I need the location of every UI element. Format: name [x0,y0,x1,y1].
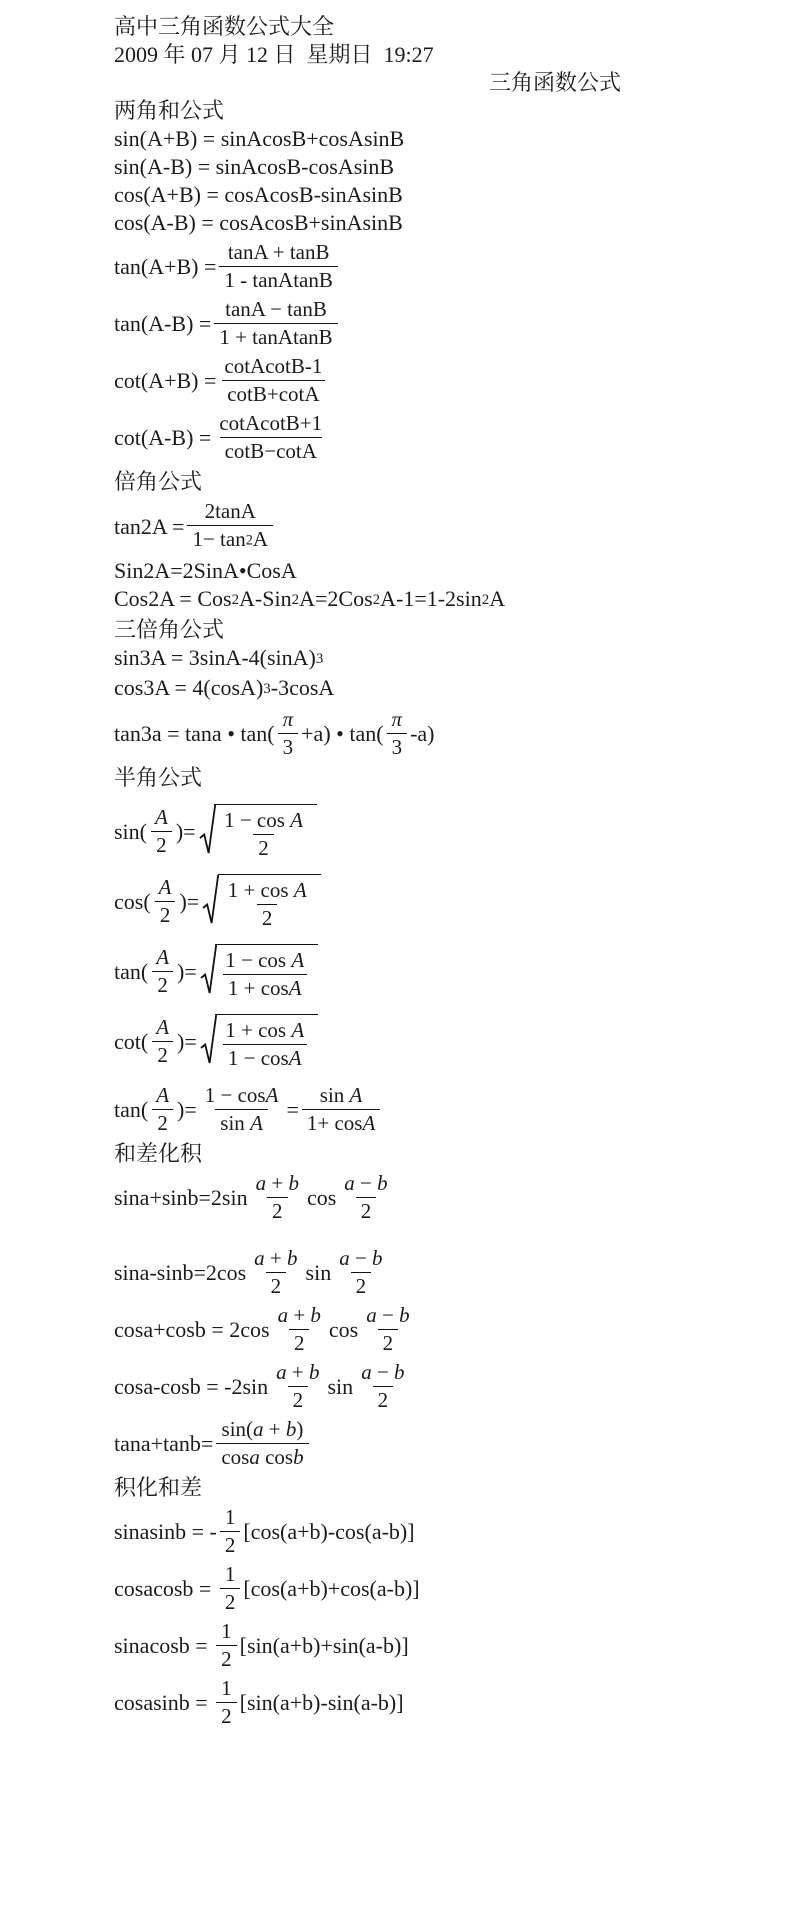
text-run: cos3A = 4(cosA)3-3cosA [114,675,334,700]
fraction-numerator: sin A [315,1084,368,1109]
text-run: tan(A-B) = [114,311,211,336]
italic-variable: b [287,1246,298,1270]
text-run: 两角和公式 [114,98,224,123]
fraction: A2 [151,946,174,997]
fraction-denominator: 2 [378,1329,399,1355]
text-run: sin [328,1374,354,1399]
italic-variable: b [377,1171,388,1195]
text-line: 高中三角函数公式大全 [114,14,772,39]
formula-line: sina-sinb=2cosa + b2sina − b2 [114,1247,772,1298]
italic-variable: a [256,1171,267,1195]
text-line: 三角函数公式 [489,70,772,95]
fraction: A2 [154,876,177,927]
text-run: Sin2A=2SinA•CosA [114,558,297,583]
text-run: cos [329,1317,358,1342]
italic-variable: a [253,1417,264,1441]
fraction-numerator: π [278,708,299,733]
fraction: a + b2 [271,1361,324,1412]
formula-line: tana+tanb=sin(a + b)cosa cosb [114,1418,772,1469]
italic-variable: a [361,1360,372,1384]
text-run: cosasinb = [114,1690,213,1715]
text-run: )= [179,889,199,914]
italic-variable: A [250,1111,263,1135]
fraction-numerator: A [151,1084,174,1109]
text-run: cos [307,1185,336,1210]
fraction-numerator: tanA + tanB [223,241,335,266]
fraction-denominator: cosa cosb [216,1443,308,1469]
text-line: cos(A+B) = cosAcosB-sinAsinB [114,182,772,207]
fraction-denominator: 2 [356,1197,377,1223]
spacer [114,1229,772,1241]
section-heading: 倍角公式 [114,469,772,494]
text-line: cos(A-B) = cosAcosB+sinAsinB [114,210,772,235]
radicand: 1 − cos A2 [214,804,317,860]
fraction: 12 [216,1677,237,1728]
fraction-numerator: a + b [249,1247,302,1272]
fraction-numerator: tanA − tanB [220,298,332,323]
section-heading: 和差化积 [114,1141,772,1166]
text-run: 倍角公式 [114,469,202,494]
text-run: tan3a = tana • tan( [114,721,275,746]
formula-line: tan(A-B) =tanA − tanB1 + tanAtanB [114,298,772,349]
fraction-numerator: a + b [271,1361,324,1386]
text-run: cot(A-B) = [114,425,211,450]
fraction: tanA − tanB1 + tanAtanB [214,298,337,349]
fraction-numerator: A [150,806,173,831]
fraction-numerator: A [151,1016,174,1041]
text-run: -a) [410,721,434,746]
fraction: A2 [150,806,173,857]
fraction-denominator: 1 − cosA [223,1044,307,1070]
fraction-denominator: sin A [215,1109,268,1135]
fraction: tanA + tanB1 - tanAtanB [219,241,337,292]
text-run: )= [177,1029,197,1054]
italic-variable: A [291,948,304,972]
formula-line: sinacosb = 12[sin(a+b)+sin(a-b)] [114,1620,772,1671]
fraction-denominator: 2 [373,1386,394,1412]
italic-variable: a [254,1246,265,1270]
italic-variable: b [399,1303,410,1327]
fraction-denominator: 2 [216,1645,237,1671]
text-run: [cos(a+b)-cos(a-b)] [243,1519,414,1544]
italic-variable: A [266,1083,279,1107]
text-run: )= [177,1097,197,1122]
radical-sign-icon [200,1014,217,1066]
fraction-denominator: 2 [220,1531,241,1557]
italic-variable: A [294,878,307,902]
fraction-numerator: a − b [334,1247,387,1272]
text-run: Cos2A = Cos2A-Sin2A=2Cos2A-1=1-2sin2A [114,586,505,611]
text-run: cot( [114,1029,148,1054]
text-run: = [286,1097,298,1122]
text-run: cosa-cosb = -2sin [114,1374,268,1399]
fraction-denominator: cotB+cotA [222,380,324,406]
radical-sign-icon [200,944,217,996]
fraction: a + b2 [251,1172,304,1223]
text-run: 半角公式 [114,765,202,790]
fraction: 1 − cos A2 [219,809,308,860]
text-run: sin3A = 3sinA-4(sinA)3 [114,645,323,670]
formula-line: sin(A2)=1 − cos A2 [114,804,772,860]
italic-variable: b [288,1171,299,1195]
italic-variable: a [276,1360,287,1384]
text-run: 2009 年 07 月 12 日 星期日 19:27 [114,42,434,67]
fraction: a + b2 [249,1247,302,1298]
fraction-denominator: 2 [216,1702,237,1728]
formula-line: cot(A+B) =cotAcotB-1cotB+cotA [114,355,772,406]
italic-variable: π [283,707,294,731]
fraction-numerator: cotAcotB+1 [214,412,327,437]
text-run: )= [176,819,196,844]
formula-line: tan2A =2tanA1− tan2A [114,500,772,552]
radicand: 1 − cos A1 + cosA [215,944,318,1000]
section-heading: 积化和差 [114,1475,772,1500]
text-run: tan(A+B) = [114,254,216,279]
fraction-denominator: 2 [152,971,173,997]
text-run: cosacosb = [114,1576,217,1601]
formula-line: cos(A2)=1 + cos A2 [114,874,772,930]
radical-sign-icon [202,874,219,926]
fraction-numerator: A [151,946,174,971]
text-run: cos( [114,889,151,914]
text-run: [cos(a+b)+cos(a-b)] [243,1576,419,1601]
text-run: tan( [114,1097,148,1122]
fraction: 1 + cos A2 [223,879,312,930]
text-run: [sin(a+b)+sin(a-b)] [240,1633,409,1658]
fraction-denominator: 2 [267,1197,288,1223]
fraction-denominator: 1+ cosA [302,1109,380,1135]
formula-line: tan(A2)=1 − cos A1 + cosA [114,944,772,1000]
formula-line: cosa+cosb = 2cosa + b2cosa − b2 [114,1304,772,1355]
fraction: A2 [151,1084,174,1135]
fraction-numerator: 1 − cos A [219,809,308,834]
text-run: cos(A-B) = cosAcosB+sinAsinB [114,210,403,235]
text-run: sinacosb = [114,1633,213,1658]
italic-variable: A [156,1083,169,1107]
italic-variable: A [156,1015,169,1039]
square-root: 1 + cos A2 [202,874,320,930]
fraction-numerator: cotAcotB-1 [219,355,327,380]
exponent: 2 [373,593,380,609]
fraction-numerator: a − b [361,1304,414,1329]
exponent: 2 [232,593,239,609]
text-run: 和差化积 [114,1141,202,1166]
fraction-numerator: 1 − cosA [200,1084,284,1109]
text-run: sin(A+B) = sinAcosB+cosAsinB [114,126,404,151]
text-run: cot(A+B) = [114,368,216,393]
section-heading: 三倍角公式 [114,617,772,642]
fraction-denominator: 2 [266,1272,287,1298]
fraction-denominator: 1 + tanAtanB [214,323,337,349]
section-heading: 两角和公式 [114,98,772,123]
fraction: a − b2 [334,1247,387,1298]
fraction-denominator: 2 [351,1272,372,1298]
text-run: 高中三角函数公式大全 [114,14,334,39]
text-run: tan( [114,959,148,984]
text-line: Cos2A = Cos2A-Sin2A=2Cos2A-1=1-2sin2A [114,586,772,613]
text-run: 积化和差 [114,1475,202,1500]
fraction: cotAcotB+1cotB−cotA [214,412,327,463]
text-run: sina+sinb=2sin [114,1185,248,1210]
fraction: 2tanA1− tan2A [187,500,273,552]
fraction-denominator: 3 [278,733,299,759]
italic-variable: b [372,1246,383,1270]
text-line: 2009 年 07 月 12 日 星期日 19:27 [114,42,772,67]
fraction-numerator: 1 + cos A [223,879,312,904]
text-run: sina-sinb=2cos [114,1260,246,1285]
fraction: 12 [220,1506,241,1557]
fraction-denominator: 1 - tanAtanB [219,266,337,292]
fraction-denominator: 2 [289,1329,310,1355]
text-run: +a) • tan( [301,721,383,746]
text-line: cos3A = 4(cosA)3-3cosA [114,675,772,702]
fraction: a − b2 [361,1304,414,1355]
exponent: 2 [292,593,299,609]
fraction: π3 [387,708,408,759]
fraction: 12 [220,1563,241,1614]
fraction-denominator: 1 + cosA [223,974,307,1000]
italic-variable: b [394,1360,405,1384]
fraction: a − b2 [356,1361,409,1412]
fraction-denominator: 1− tan2A [187,525,273,552]
text-run: sin(A-B) = sinAcosB-cosAsinB [114,154,394,179]
italic-variable: A [289,976,302,1000]
text-run: cosa+cosb = 2cos [114,1317,270,1342]
formula-line: cot(A-B) =cotAcotB+1cotB−cotA [114,412,772,463]
italic-variable: A [362,1111,375,1135]
exponent: 2 [246,532,253,548]
fraction-denominator: 2 [151,831,172,857]
italic-variable: a [366,1303,377,1327]
formula-line: cosacosb = 12[cos(a+b)+cos(a-b)] [114,1563,772,1614]
text-run: tana+tanb= [114,1431,213,1456]
text-line: sin(A+B) = sinAcosB+cosAsinB [114,126,772,151]
text-line: sin3A = 3sinA-4(sinA)3 [114,645,772,672]
fraction: sin A1+ cosA [302,1084,380,1135]
text-run: tan2A = [114,514,184,539]
italic-variable: A [350,1083,363,1107]
fraction-numerator: 1 + cos A [220,1019,309,1044]
italic-variable: A [155,805,168,829]
fraction-numerator: a + b [251,1172,304,1197]
text-run: cos(A+B) = cosAcosB-sinAsinB [114,182,403,207]
radicand: 1 + cos A1 − cosA [215,1014,318,1070]
formula-line: tan(A2)=1 − cosAsin A=sin A1+ cosA [114,1084,772,1135]
italic-variable: a [278,1303,289,1327]
radical-sign-icon [199,804,216,856]
text-line: sin(A-B) = sinAcosB-cosAsinB [114,154,772,179]
italic-variable: A [156,945,169,969]
fraction-numerator: 1 [220,1506,241,1531]
text-run: sinasinb = - [114,1519,217,1544]
fraction: π3 [278,708,299,759]
text-run: )= [177,959,197,984]
fraction: A2 [151,1016,174,1067]
formula-line: tan3a = tana • tan(π3+a) • tan(π3-a) [114,708,772,759]
fraction-numerator: a − b [356,1361,409,1386]
fraction: cotAcotB-1cotB+cotA [219,355,327,406]
fraction-numerator: 1 [216,1620,237,1645]
fraction-numerator: π [387,708,408,733]
fraction-denominator: cotB−cotA [220,437,322,463]
exponent: 2 [482,593,489,609]
fraction-denominator: 2 [257,904,278,930]
fraction-numerator: 1 [220,1563,241,1588]
fraction-numerator: 2tanA [200,500,261,525]
formula-line: sina+sinb=2sina + b2cosa − b2 [114,1172,772,1223]
fraction: 12 [216,1620,237,1671]
fraction-numerator: a − b [339,1172,392,1197]
fraction: sin(a + b)cosa cosb [216,1418,308,1469]
fraction-denominator: 2 [155,901,176,927]
square-root: 1 + cos A1 − cosA [200,1014,318,1070]
fraction: a + b2 [273,1304,326,1355]
text-line: Sin2A=2SinA•CosA [114,558,772,583]
fraction-denominator: 2 [220,1588,241,1614]
fraction-numerator: A [154,876,177,901]
fraction-denominator: 2 [152,1041,173,1067]
fraction-denominator: 2 [152,1109,173,1135]
fraction: 1 − cos A1 + cosA [220,949,309,1000]
italic-variable: π [392,707,403,731]
fraction: a − b2 [339,1172,392,1223]
formula-line: sinasinb = -12[cos(a+b)-cos(a-b)] [114,1506,772,1557]
formula-line: cosa-cosb = -2sina + b2sina − b2 [114,1361,772,1412]
text-run: sin [306,1260,332,1285]
radicand: 1 + cos A2 [218,874,321,930]
italic-variable: A [159,875,172,899]
italic-variable: b [309,1360,320,1384]
italic-variable: b [310,1303,321,1327]
fraction-denominator: 2 [253,834,274,860]
trig-formula-document: 高中三角函数公式大全2009 年 07 月 12 日 星期日 19:27三角函数… [0,0,800,1728]
exponent: 3 [263,681,270,697]
fraction-numerator: a + b [273,1304,326,1329]
fraction-numerator: 1 [216,1677,237,1702]
text-run: 三角函数公式 [489,70,621,95]
fraction: 1 − cosAsin A [200,1084,284,1135]
text-run: sin( [114,819,147,844]
italic-variable: A [289,1046,302,1070]
text-run: [sin(a+b)-sin(a-b)] [240,1690,404,1715]
fraction-numerator: 1 − cos A [220,949,309,974]
square-root: 1 − cos A2 [199,804,317,860]
italic-variable: b [293,1445,304,1469]
exponent: 3 [316,651,323,667]
italic-variable: b [286,1417,297,1441]
formula-line: cosasinb = 12[sin(a+b)-sin(a-b)] [114,1677,772,1728]
fraction-numerator: sin(a + b) [217,1418,309,1443]
italic-variable: a [339,1246,350,1270]
section-heading: 半角公式 [114,765,772,790]
italic-variable: A [290,808,303,832]
italic-variable: A [291,1018,304,1042]
fraction-denominator: 3 [387,733,408,759]
formula-line: cot(A2)=1 + cos A1 − cosA [114,1014,772,1070]
fraction: 1 + cos A1 − cosA [220,1019,309,1070]
fraction-denominator: 2 [288,1386,309,1412]
formula-line: tan(A+B) =tanA + tanB1 - tanAtanB [114,241,772,292]
italic-variable: a [344,1171,355,1195]
text-run: 三倍角公式 [114,617,224,642]
square-root: 1 − cos A1 + cosA [200,944,318,1000]
italic-variable: a [249,1445,260,1469]
